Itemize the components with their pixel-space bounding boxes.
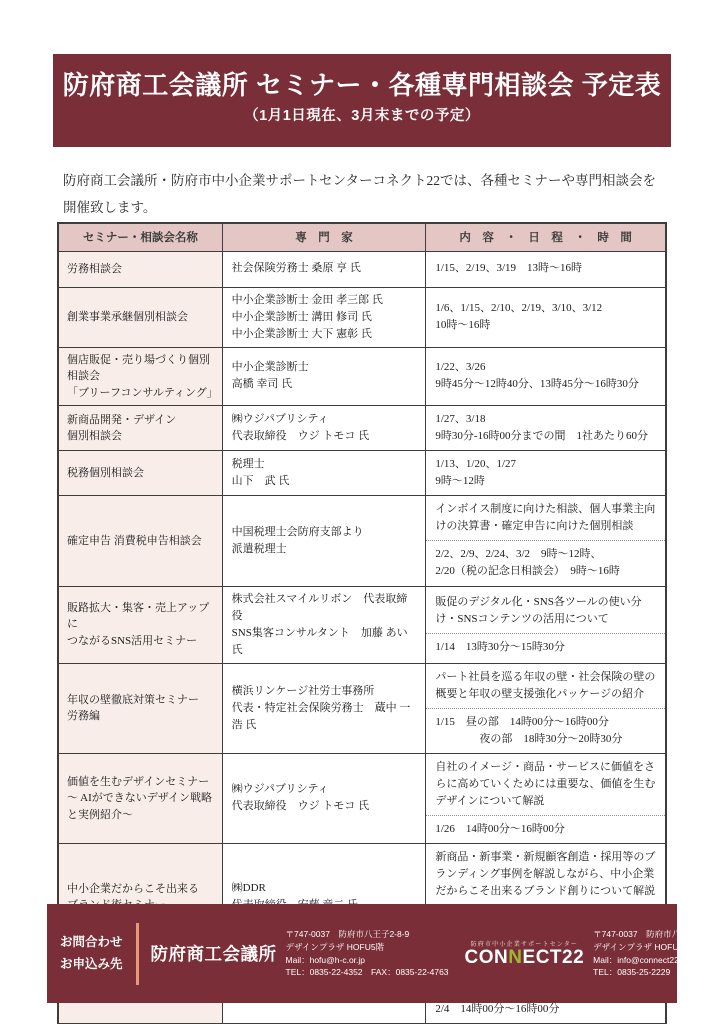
expert-line: ㈱ウジパブリシティ (232, 781, 417, 798)
connect22-tel: TEL：0835-25-2229 (593, 966, 717, 979)
expert-cell: ㈱ウジパブリシティ代表取締役 ウジ トモコ 氏 (222, 753, 426, 843)
content-section: 1/22、3/269時45分～12時40分、13時45分～16時30分 (426, 354, 665, 398)
table-row: 確定申告 消費税申告相談会中国税理士会防府支部より派遣税理士インボイス制度に向け… (58, 496, 666, 586)
expert-line: 代表取締役 ウジ トモコ 氏 (232, 798, 417, 815)
seminar-name-line: つながるSNS活用セミナー (67, 633, 214, 650)
contact-label: お問合わせ お申込み先 (60, 932, 123, 976)
table-row: 創業事業承継個別相談会中小企業診断士 金田 孝三郎 氏中小企業診断士 溝田 修司… (58, 287, 666, 347)
content-line: 1/26 14時00分～16時00分 (435, 821, 656, 838)
contact-label-line2: お申込み先 (60, 954, 123, 976)
seminar-name-cell: 創業事業承継個別相談会 (58, 287, 222, 347)
expert-line: 中国税理士会防府支部より (232, 524, 417, 541)
seminar-name-line: 創業事業承継個別相談会 (67, 309, 214, 326)
logo-part-n-green: N (508, 947, 522, 968)
content-line: 2/2、2/9、2/24、3/2 9時～12時、 (435, 546, 656, 563)
seminar-name-cell: 年収の壁徹底対策セミナー労務編 (58, 663, 222, 753)
expert-cell: 中国税理士会防府支部より派遣税理士 (222, 496, 426, 586)
contact-label-line1: お問合わせ (60, 932, 123, 954)
seminar-name-line: 労務編 (67, 708, 214, 725)
content-line: 1/13、1/20、1/27 (435, 456, 656, 473)
expert-cell: 社会保険労務士 桑原 亨 氏 (222, 251, 426, 287)
seminar-name-line: 労務相談会 (67, 261, 214, 278)
expert-cell: 株式会社スマイルリボン 代表取締役SNS集客コンサルタント 加藤 あい 氏 (222, 586, 426, 663)
expert-cell: ㈱ウジパブリシティ代表取締役 ウジ トモコ 氏 (222, 406, 426, 451)
content-section: 新商品・新事業・新規顧客創造・採用等のブランディング事例を解説しながら、中小企業… (426, 844, 665, 905)
chamber-postal: 〒747-0037 防府市八王子2-8-9 (286, 928, 449, 941)
content-section: 1/15、2/19、3/19 13時～16時 (426, 255, 665, 282)
expert-line: 高橋 幸司 氏 (232, 376, 417, 393)
expert-line: 中小企業診断士 (232, 359, 417, 376)
intro-line-1: 防府商工会議所・防府市中小企業サポートセンターコネクト22では、各種セミナーや専… (63, 167, 663, 221)
expert-line: 横浜リンケージ社労士事務所 (232, 683, 417, 700)
page-title: 防府商工会議所 セミナー・各種専門相談会 予定表 (53, 71, 671, 101)
content-section: パート社員を巡る年収の壁・社会保険の壁の概要と年収の壁支援強化パッケージの紹介 (426, 664, 665, 708)
content-section: 1/6、1/15、2/10、2/19、3/10、3/1210時～16時 (426, 295, 665, 339)
expert-cell: 税理士山下 武 氏 (222, 451, 426, 496)
content-line: 夜の部 18時30分～20時30分 (435, 731, 656, 748)
content-line: 10時～16時 (435, 317, 656, 334)
content-section: 1/26 14時00分～16時00分 (426, 815, 665, 843)
logo-part-con: CON (465, 947, 509, 968)
seminar-name-line: 個店販促・売り場づくり個別相談会 (67, 352, 214, 385)
content-line: 1/6、1/15、2/10、2/19、3/10、3/12 (435, 300, 656, 317)
contact-footer: お問合わせ お申込み先 防府商工会議所 〒747-0037 防府市八王子2-8-… (47, 904, 677, 1003)
content-line: インボイス制度に向けた相談、個人事業主向けの決算書・確定申告に向けた個別相談 (435, 501, 656, 535)
seminar-name-line: 新商品開発・デザイン (67, 412, 214, 429)
content-line: 1/15 昼の部 14時00分～16時00分 (435, 714, 656, 731)
chamber-name: 防府商工会議所 (151, 941, 277, 966)
content-line: 販促のデジタル化・SNS各ツールの使い分け・SNSコンテンツの活用について (435, 594, 656, 628)
expert-cell: 中小企業診断士 金田 孝三郎 氏中小企業診断士 溝田 修司 氏中小企業診断士 大… (222, 287, 426, 347)
flyer-page: 防府商工会議所 セミナー・各種専門相談会 予定表 （1月1日現在、3月末までの予… (0, 0, 724, 1024)
title-banner: 防府商工会議所 セミナー・各種専門相談会 予定表 （1月1日現在、3月末までの予… (53, 54, 671, 147)
seminar-name-line: 「ブリーフコンサルティング」 (67, 385, 214, 402)
content-schedule-cell: 1/22、3/269時45分～12時40分、13時45分～16時30分 (426, 347, 666, 406)
expert-line: 代表・特定社会保険労務士 蔵中 一浩 氏 (232, 700, 417, 734)
table-row: 税務個別相談会税理士山下 武 氏1/13、1/20、1/279時～12時 (58, 451, 666, 496)
content-schedule-cell: 1/13、1/20、1/279時～12時 (426, 451, 666, 496)
content-section: 1/15 昼の部 14時00分～16時00分 夜の部 18時30分～20時30分 (426, 708, 665, 753)
seminar-name-cell: 労務相談会 (58, 251, 222, 287)
seminar-name-cell: 確定申告 消費税申告相談会 (58, 496, 222, 586)
seminar-name-line: 年収の壁徹底対策セミナー (67, 692, 214, 709)
content-schedule-cell: パート社員を巡る年収の壁・社会保険の壁の概要と年収の壁支援強化パッケージの紹介1… (426, 663, 666, 753)
content-section: 1/14 13時30分～15時30分 (426, 633, 665, 661)
content-line: 2/4 14時00分～16時00分 (435, 1001, 656, 1018)
seminar-name-line: 販路拡大・集客・売上アップに (67, 600, 214, 633)
expert-line: 代表取締役 ウジ トモコ 氏 (232, 428, 417, 445)
table-row: 新商品開発・デザイン個別相談会㈱ウジパブリシティ代表取締役 ウジ トモコ 氏1/… (58, 406, 666, 451)
seminar-name-line: 税務個別相談会 (67, 465, 214, 482)
content-line: 1/27、3/18 (435, 411, 656, 428)
seminar-name-line: 価値を生むデザインセミナー (67, 774, 214, 791)
expert-line: SNS集客コンサルタント 加藤 あい 氏 (232, 625, 417, 659)
content-line: 9時45分～12時40分、13時45分～16時30分 (435, 376, 656, 393)
content-line: パート社員を巡る年収の壁・社会保険の壁の概要と年収の壁支援強化パッケージの紹介 (435, 669, 656, 703)
column-header: セミナー・相談会名称 (58, 223, 222, 251)
expert-line: 株式会社スマイルリボン 代表取締役 (232, 591, 417, 625)
seminar-name-cell: 販路拡大・集客・売上アップにつながるSNS活用セミナー (58, 586, 222, 663)
table-row: 個店販促・売り場づくり個別相談会「ブリーフコンサルティング」中小企業診断士高橋 … (58, 347, 666, 406)
chamber-mail: Mail：hofu@h-c.or.jp (286, 954, 449, 967)
content-section: 1/13、1/20、1/279時～12時 (426, 451, 665, 495)
page-subtitle: （1月1日現在、3月末までの予定） (53, 104, 671, 125)
seminar-name-cell: 個店販促・売り場づくり個別相談会「ブリーフコンサルティング」 (58, 347, 222, 406)
content-line: 9時～12時 (435, 473, 656, 490)
connect22-logo: 防府市中小企業サポートセンター CONNECT22 (465, 939, 585, 969)
table-row: 販路拡大・集客・売上アップにつながるSNS活用セミナー株式会社スマイルリボン 代… (58, 586, 666, 663)
content-schedule-cell: 1/6、1/15、2/10、2/19、3/10、3/1210時～16時 (426, 287, 666, 347)
content-schedule-cell: 販促のデジタル化・SNS各ツールの使い分け・SNSコンテンツの活用について1/1… (426, 586, 666, 663)
table-header-row: セミナー・相談会名称専 門 家内 容 ・ 日 程 ・ 時 間 (58, 223, 666, 251)
column-header: 内 容 ・ 日 程 ・ 時 間 (426, 223, 666, 251)
content-line: 2/20（税の記念日相談会） 9時～16時 (435, 563, 656, 580)
content-section: 2/2、2/9、2/24、3/2 9時～12時、2/20（税の記念日相談会） 9… (426, 540, 665, 585)
column-header: 専 門 家 (222, 223, 426, 251)
seminar-name-line: 個別相談会 (67, 428, 214, 445)
expert-cell: 中小企業診断士高橋 幸司 氏 (222, 347, 426, 406)
table-row: 価値を生むデザインセミナー～ AIができないデザイン戦略と実例紹介～㈱ウジパブリ… (58, 753, 666, 843)
logo-part-ect22: ECT22 (523, 947, 585, 968)
seminar-name-cell: 新商品開発・デザイン個別相談会 (58, 406, 222, 451)
content-line: 9時30分-16時00分までの間 1社あたり60分 (435, 428, 656, 445)
content-schedule-cell: 自社のイメージ・商品・サービスに価値をさらに高めていくためには重要な、価値を生む… (426, 753, 666, 843)
content-schedule-cell: 1/15、2/19、3/19 13時～16時 (426, 251, 666, 287)
expert-line: 中小企業診断士 大下 憲彰 氏 (232, 326, 417, 343)
content-line: 1/14 13時30分～15時30分 (435, 639, 656, 656)
content-line: 1/15、2/19、3/19 13時～16時 (435, 260, 656, 277)
content-line: 1/22、3/26 (435, 359, 656, 376)
expert-line: 税理士 (232, 456, 417, 473)
connect22-logo-text: CONNECT22 (465, 948, 585, 969)
seminar-name-cell: 税務個別相談会 (58, 451, 222, 496)
expert-line: ㈱DDR (232, 880, 417, 897)
expert-cell: 横浜リンケージ社労士事務所代表・特定社会保険労務士 蔵中 一浩 氏 (222, 663, 426, 753)
seminar-name-line: 中小企業だからこそ出来る (67, 881, 214, 898)
expert-line: 派遣税理士 (232, 541, 417, 558)
content-line: 自社のイメージ・商品・サービスに価値をさらに高めていくためには重要な、価値を生む… (435, 759, 656, 810)
expert-line: ㈱ウジパブリシティ (232, 411, 417, 428)
seminar-name-line: 確定申告 消費税申告相談会 (67, 533, 214, 550)
expert-line: 中小企業診断士 溝田 修司 氏 (232, 309, 417, 326)
content-section: 自社のイメージ・商品・サービスに価値をさらに高めていくためには重要な、価値を生む… (426, 754, 665, 815)
expert-line: 社会保険労務士 桑原 亨 氏 (232, 260, 417, 277)
content-section: インボイス制度に向けた相談、個人事業主向けの決算書・確定申告に向けた個別相談 (426, 496, 665, 540)
connect22-building: デザインプラザ HOFU1階 (593, 941, 717, 954)
chamber-tel-fax: TEL：0835-22-4352 FAX：0835-22-4763 (286, 966, 449, 979)
footer-separator-line (136, 923, 139, 985)
chamber-building: デザインプラザ HOFU5階 (286, 941, 449, 954)
seminar-name-cell: 価値を生むデザインセミナー～ AIができないデザイン戦略と実例紹介～ (58, 753, 222, 843)
content-section: 販促のデジタル化・SNS各ツールの使い分け・SNSコンテンツの活用について (426, 589, 665, 633)
table-row: 労務相談会社会保険労務士 桑原 亨 氏1/15、2/19、3/19 13時～16… (58, 251, 666, 287)
content-section: 1/27、3/189時30分-16時00分までの間 1社あたり60分 (426, 406, 665, 450)
connect22-mail: Mail：info@connect22.jp (593, 954, 717, 967)
table-row: 年収の壁徹底対策セミナー労務編横浜リンケージ社労士事務所代表・特定社会保険労務士… (58, 663, 666, 753)
expert-line: 中小企業診断士 金田 孝三郎 氏 (232, 292, 417, 309)
expert-line: 山下 武 氏 (232, 473, 417, 490)
connect22-address-block: 〒747-0037 防府市八王子2-8-9 デザインプラザ HOFU1階 Mai… (593, 928, 717, 979)
seminar-name-line: ～ AIができないデザイン戦略と実例紹介～ (67, 790, 214, 823)
connect22-postal: 〒747-0037 防府市八王子2-8-9 (593, 928, 717, 941)
content-schedule-cell: 1/27、3/189時30分-16時00分までの間 1社あたり60分 (426, 406, 666, 451)
chamber-address-block: 〒747-0037 防府市八王子2-8-9 デザインプラザ HOFU5階 Mai… (286, 928, 449, 979)
content-line: 新商品・新事業・新規顧客創造・採用等のブランディング事例を解説しながら、中小企業… (435, 849, 656, 900)
content-schedule-cell: インボイス制度に向けた相談、個人事業主向けの決算書・確定申告に向けた個別相談2/… (426, 496, 666, 586)
